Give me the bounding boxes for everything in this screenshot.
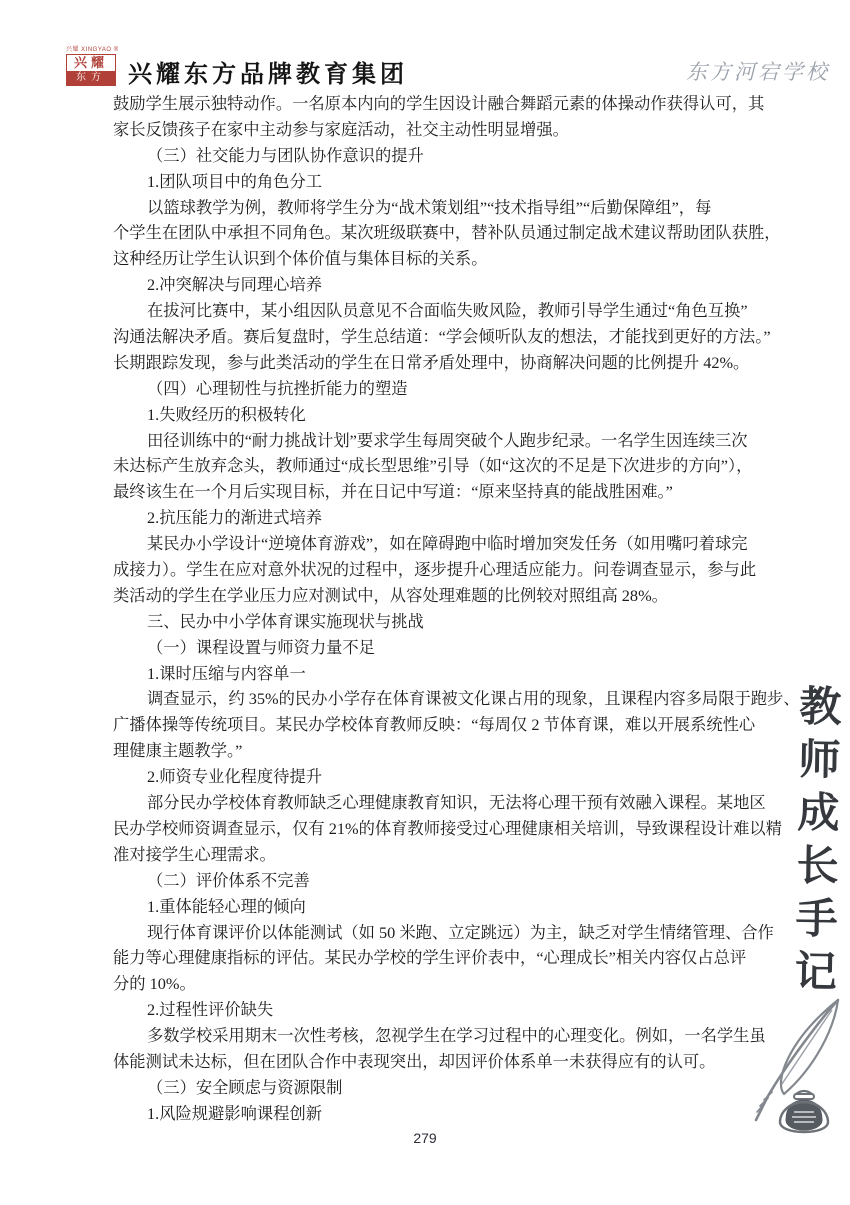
body-line-text: （三）安全顾虑与资源限制: [147, 1078, 342, 1097]
body-line: 以篮球教学为例，教师将学生分为“战术策划组”“技术指导组”“后勤保障组”，每: [113, 195, 747, 221]
body-line: 沟通法解决矛盾。赛后复盘时，学生总结道：“学会倾听队友的想法，才能找到更好的方法…: [113, 324, 747, 350]
logo-caption: 兴耀 XINGYAO ®: [66, 46, 124, 54]
body-line: 个学生在团队中承担不同角色。某次班级联赛中，替补队员通过制定战术建议帮助团队获胜…: [113, 220, 747, 246]
body-line-text: 田径训练中的“耐力挑战计划”要求学生每周突破个人跑步纪录。一名学生因连续三次: [147, 431, 748, 450]
body-line: 最终该生在一个月后实现目标，并在日记中写道：“原来坚持真的能战胜困难。”: [113, 479, 747, 505]
body-line: 在拔河比赛中，某小组因队员意见不合面临失败风险，教师引导学生通过“角色互换”: [113, 298, 747, 324]
brand-logo: 兴耀 XINGYAO ® 兴耀 东方: [66, 46, 124, 90]
body-line-text: 未达标产生放弃念头，教师通过“成长型思维”引导（如“这次的不足是下次进步的方向”…: [113, 456, 752, 475]
body-line-text: （三）社交能力与团队协作意识的提升: [147, 146, 424, 165]
body-line-text: 2.抗压能力的渐进式培养: [147, 508, 322, 527]
body-line-text: 三、民办中小学体育课实施现状与挑战: [147, 612, 424, 631]
body-line: 现行体育课评价以体能测试（如 50 米跑、立定跳远）为主，缺乏对学生情绪管理、合…: [113, 920, 747, 946]
brand-title: 兴耀东方品牌教育集团: [128, 54, 408, 89]
body-line: 1.风险规避影响课程创新: [113, 1101, 747, 1127]
body-line-text: （二）评价体系不完善: [147, 871, 310, 890]
body-line: 准对接学生心理需求。: [113, 842, 747, 868]
body-line-text: 多数学校采用期末一次性考核，忽视学生在学习过程中的心理变化。例如，一名学生虽: [147, 1026, 766, 1045]
document-body: 鼓励学生展示独特动作。一名原本内向的学生因设计融合舞蹈元素的体操动作获得认可，其…: [113, 91, 747, 1127]
quill-ink-icon: [744, 996, 846, 1138]
body-line-text: 能力等心理健康指标的评估。某民办学校的学生评价表中，“心理成长”相关内容仅占总评: [113, 948, 746, 967]
body-line-text: 某民办小学设计“逆境体育游戏”，如在障碍跑中临时增加突发任务（如用嘴叼着球完: [147, 534, 748, 553]
body-line: 三、民办中小学体育课实施现状与挑战: [113, 609, 747, 635]
body-line-text: 在拔河比赛中，某小组因队员意见不合面临失败风险，教师引导学生通过“角色互换”: [147, 301, 748, 320]
body-line-text: 准对接学生心理需求。: [113, 845, 276, 864]
body-line-text: 以篮球教学为例，教师将学生分为“战术策划组”“技术指导组”“后勤保障组”，每: [147, 198, 711, 217]
body-line-text: 现行体育课评价以体能测试（如 50 米跑、立定跳远）为主，缺乏对学生情绪管理、合…: [147, 923, 774, 942]
body-line: 类活动的学生在学业压力应对测试中，从容处理难题的比例较对照组高 28%。: [113, 583, 747, 609]
body-line: 能力等心理健康指标的评估。某民办学校的学生评价表中，“心理成长”相关内容仅占总评: [113, 945, 747, 971]
body-line: （二）评价体系不完善: [113, 868, 747, 894]
body-line: （一）课程设置与师资力量不足: [113, 635, 747, 661]
body-line-text: 1.重体能轻心理的倾向: [147, 897, 306, 916]
body-line: 多数学校采用期末一次性考核，忽视学生在学习过程中的心理变化。例如，一名学生虽: [113, 1023, 747, 1049]
body-line: （四）心理韧性与抗挫折能力的塑造: [113, 376, 747, 402]
body-line: 这种经历让学生认识到个体价值与集体目标的关系。: [113, 246, 747, 272]
body-line: 长期跟踪发现，参与此类活动的学生在日常矛盾处理中，协商解决问题的比例提升 42%…: [113, 350, 747, 376]
body-line: 1.重体能轻心理的倾向: [113, 894, 747, 920]
body-line-text: 沟通法解决矛盾。赛后复盘时，学生总结道：“学会倾听队友的想法，才能找到更好的方法…: [113, 327, 771, 346]
body-line: 家长反馈孩子在家中主动参与家庭活动，社交主动性明显增强。: [113, 117, 747, 143]
document-page: 兴耀 XINGYAO ® 兴耀 东方 兴耀东方品牌教育集团 东方河宕学校 鼓励学…: [0, 0, 850, 1205]
body-line-text: 分的 10%。: [113, 974, 196, 993]
body-line: 未达标产生放弃念头，教师通过“成长型思维”引导（如“这次的不足是下次进步的方向”…: [113, 453, 747, 479]
body-line-text: 长期跟踪发现，参与此类活动的学生在日常矛盾处理中，协商解决问题的比例提升 42%…: [113, 353, 749, 372]
body-line-text: 2.过程性评价缺失: [147, 1000, 273, 1019]
body-line-text: 1.风险规避影响课程创新: [147, 1104, 322, 1123]
body-line-text: 部分民办学校体育教师缺乏心理健康教育知识，无法将心理干预有效融入课程。某地区: [147, 793, 766, 812]
body-line-text: 这种经历让学生认识到个体价值与集体目标的关系。: [113, 249, 487, 268]
body-line-text: 鼓励学生展示独特动作。一名原本内向的学生因设计融合舞蹈元素的体操动作获得认可，其: [113, 94, 764, 113]
body-line: 成接力）。学生在应对意外状况的过程中，逐步提升心理适应能力。问卷调查显示，参与此: [113, 557, 747, 583]
body-line-text: （一）课程设置与师资力量不足: [147, 638, 375, 657]
body-line: 体能测试未达标，但在团队合作中表现突出，却因评价体系单一未获得应有的认可。: [113, 1049, 747, 1075]
page-number: 279: [0, 1130, 850, 1146]
body-line: 分的 10%。: [113, 971, 747, 997]
body-line: 1.课时压缩与内容单一: [113, 661, 747, 687]
body-line: （三）社交能力与团队协作意识的提升: [113, 143, 747, 169]
seal-top-text: 兴耀: [67, 55, 115, 71]
seal-bottom-text: 东方: [67, 71, 115, 85]
body-line: 1.失败经历的积极转化: [113, 402, 747, 428]
body-line-text: 1.课时压缩与内容单一: [147, 664, 306, 683]
body-line-text: 理健康主题教学。”: [113, 741, 242, 760]
body-line-text: 广播体操等传统项目。某民办学校体育教师反映：“每周仅 2 节体育课，难以开展系统…: [113, 715, 755, 734]
body-line-text: 类活动的学生在学业压力应对测试中，从容处理难题的比例较对照组高 28%。: [113, 586, 668, 605]
body-line: 部分民办学校体育教师缺乏心理健康教育知识，无法将心理干预有效融入课程。某地区: [113, 790, 747, 816]
body-line: 2.过程性评价缺失: [113, 997, 747, 1023]
body-line-text: 最终该生在一个月后实现目标，并在日记中写道：“原来坚持真的能战胜困难。”: [113, 482, 673, 501]
body-line: 2.师资专业化程度待提升: [113, 764, 747, 790]
body-line-text: 2.师资专业化程度待提升: [147, 767, 322, 786]
body-line: 广播体操等传统项目。某民办学校体育教师反映：“每周仅 2 节体育课，难以开展系统…: [113, 712, 747, 738]
body-line: 理健康主题教学。”: [113, 738, 747, 764]
body-line-text: 家长反馈孩子在家中主动参与家庭活动，社交主动性明显增强。: [113, 120, 569, 139]
body-line-text: 1.团队项目中的角色分工: [147, 172, 322, 191]
brand-seal-icon: 兴耀 东方: [66, 54, 116, 86]
body-line: 2.抗压能力的渐进式培养: [113, 505, 747, 531]
body-line: 2.冲突解决与同理心培养: [113, 272, 747, 298]
body-line-text: 体能测试未达标，但在团队合作中表现突出，却因评价体系单一未获得应有的认可。: [113, 1052, 715, 1071]
body-line-text: 个学生在团队中承担不同角色。某次班级联赛中，替补队员通过制定战术建议帮助团队获胜…: [113, 223, 781, 242]
body-line: 调查显示，约 35%的民办小学存在体育课被文化课占用的现象，且课程内容多局限于跑…: [113, 686, 747, 712]
body-line-text: 民办学校师资调查显示，仅有 21%的体育教师接受过心理健康相关培训，导致课程设计…: [113, 819, 782, 838]
body-line-text: 调查显示，约 35%的民办小学存在体育课被文化课占用的现象，且课程内容多局限于跑…: [147, 689, 800, 708]
body-line-text: 2.冲突解决与同理心培养: [147, 275, 322, 294]
margin-calligraphy: 教师成长手记: [791, 684, 839, 1003]
school-name: 东方河宕学校: [686, 56, 830, 86]
body-line: 鼓励学生展示独特动作。一名原本内向的学生因设计融合舞蹈元素的体操动作获得认可，其: [113, 91, 747, 117]
body-line: 田径训练中的“耐力挑战计划”要求学生每周突破个人跑步纪录。一名学生因连续三次: [113, 428, 747, 454]
body-line-text: 成接力）。学生在应对意外状况的过程中，逐步提升心理适应能力。问卷调查显示，参与此: [113, 560, 756, 579]
body-line: 民办学校师资调查显示，仅有 21%的体育教师接受过心理健康相关培训，导致课程设计…: [113, 816, 747, 842]
body-line-text: （四）心理韧性与抗挫折能力的塑造: [147, 379, 408, 398]
body-line-text: 1.失败经历的积极转化: [147, 405, 306, 424]
body-line: 某民办小学设计“逆境体育游戏”，如在障碍跑中临时增加突发任务（如用嘴叼着球完: [113, 531, 747, 557]
body-line: （三）安全顾虑与资源限制: [113, 1075, 747, 1101]
body-line: 1.团队项目中的角色分工: [113, 169, 747, 195]
